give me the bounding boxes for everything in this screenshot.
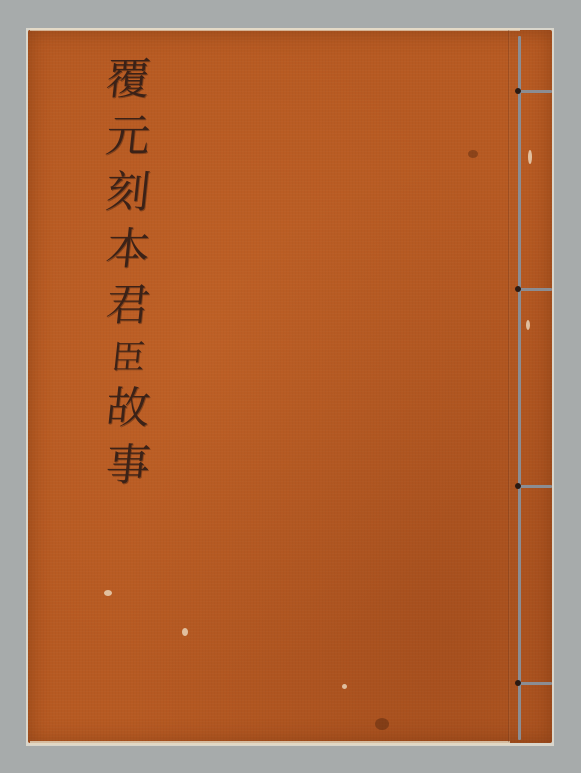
- binding-stitch-2: [518, 288, 552, 291]
- calligraphy-title: 覆 元 刻 本 君 臣 故 事: [98, 58, 158, 488]
- paper-wear-spot: [526, 320, 530, 330]
- paper-wear-spot: [528, 150, 532, 164]
- stitch-hole-2: [515, 286, 521, 292]
- title-char-4: 本: [104, 228, 153, 272]
- worn-bottom-edge: [30, 741, 510, 745]
- dark-stain: [468, 150, 478, 158]
- title-char-3: 刻: [104, 171, 153, 215]
- paper-wear-spot: [182, 628, 188, 636]
- stitch-hole-1: [515, 88, 521, 94]
- title-char-8: 事: [104, 444, 153, 488]
- title-char-2: 元: [104, 115, 153, 159]
- worn-top-edge: [30, 28, 520, 31]
- title-char-6: 臣: [109, 341, 147, 375]
- title-char-5: 君: [104, 284, 153, 328]
- dark-stain: [375, 718, 389, 730]
- stitch-hole-4: [515, 680, 521, 686]
- title-char-7: 故: [104, 387, 153, 431]
- binding-stitch-1: [518, 90, 552, 93]
- stitch-hole-3: [515, 483, 521, 489]
- paper-wear-spot: [104, 590, 112, 596]
- binding-stitch-3: [518, 485, 552, 488]
- paper-wear-spot: [342, 684, 347, 689]
- title-char-1: 覆: [104, 58, 153, 102]
- spine-fold-line: [508, 30, 510, 742]
- binding-stitch-4: [518, 682, 552, 685]
- binding-thread-vertical: [518, 36, 521, 740]
